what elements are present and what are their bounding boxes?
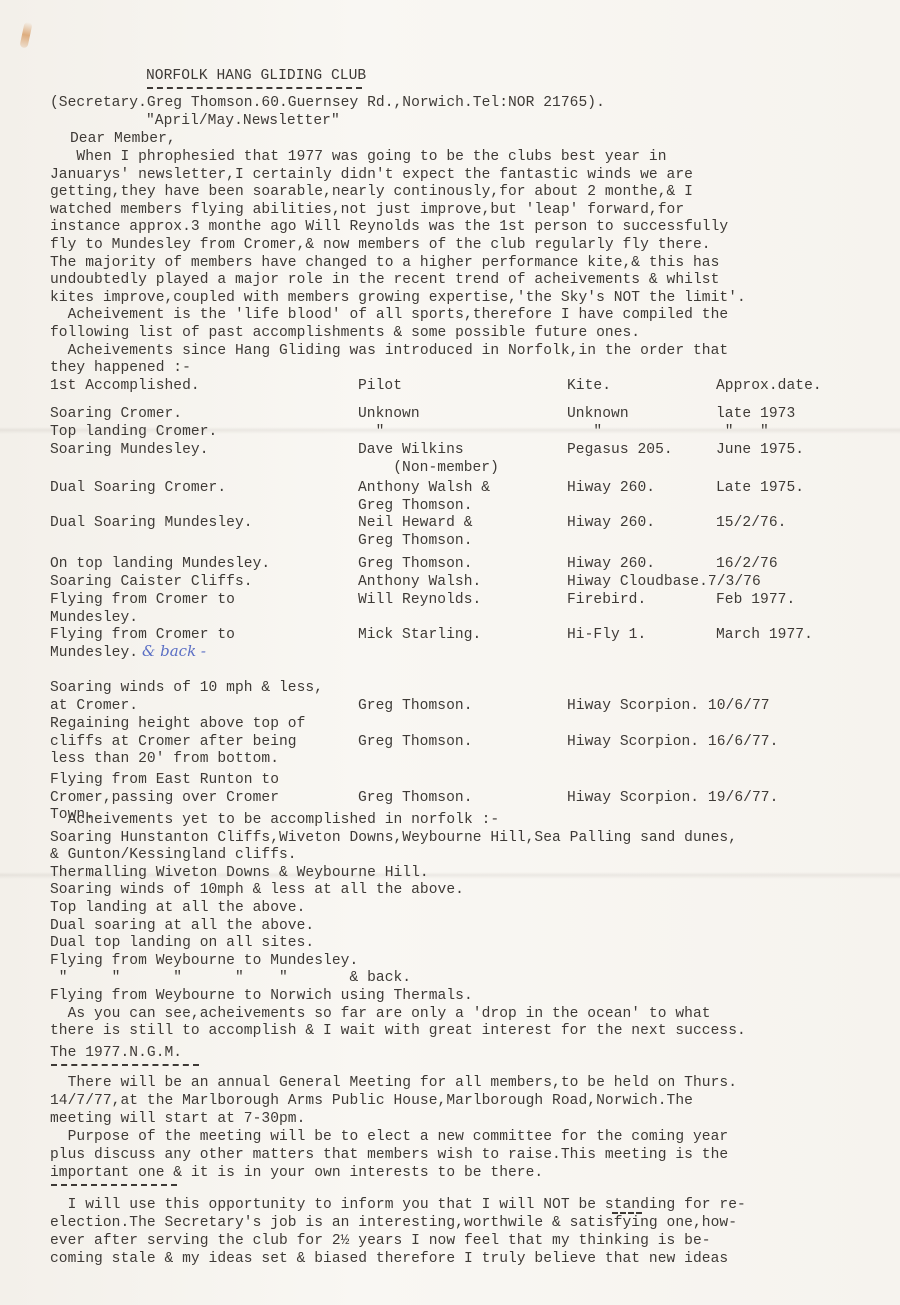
future-line: Top landing at all the above. [50, 900, 305, 917]
future-line: there is still to accomplish & I wait wi… [50, 1023, 746, 1040]
table-cell-kite: Hiway 260. [567, 480, 655, 497]
agm-line: Purpose of the meeting will be to elect … [50, 1129, 728, 1146]
table-cell-accomplishment: less than 20' from bottom. [50, 751, 279, 768]
table-cell-accomplishment: Flying from Cromer to [50, 592, 235, 609]
table-cell-date: late 1973 [716, 406, 795, 423]
table-cell-accomplishment: Mundesley. [50, 610, 138, 627]
table-cell-pilot: Mick Starling. [358, 627, 481, 644]
table-cell-pilot: Dave Wilkins [358, 442, 464, 459]
intro-line: The majority of members have changed to … [50, 255, 719, 272]
intro-line: watched members flying abilities,not jus… [50, 202, 684, 219]
table-cell-accomplishment: Dual Soaring Cromer. [50, 480, 226, 497]
table-cell-accomplishment: Cromer,passing over Cromer [50, 790, 279, 807]
table-cell-kite: Pegasus 205. [567, 442, 673, 459]
table-header-date: Approx.date. [716, 378, 822, 395]
agm-line: There will be an annual General Meeting … [50, 1075, 737, 1092]
table-cell-pilot: Greg Thomson. [358, 698, 473, 715]
table-cell-pilot: " [358, 424, 384, 441]
handwritten-annotation: & back - [142, 642, 206, 660]
future-line: Soaring Hunstanton Cliffs,Wiveton Downs,… [50, 830, 737, 847]
future-line: Soaring winds of 10mph & less at all the… [50, 882, 464, 899]
intro-line: When I phrophesied that 1977 was going t… [50, 149, 667, 166]
table-cell-date: March 1977. [716, 627, 813, 644]
agm-line: important one & it is in your own intere… [50, 1165, 543, 1182]
table-cell-pilot: Greg Thomson. [358, 734, 473, 751]
intro-line: they happened :- [50, 360, 191, 377]
table-cell-accomplishment: cliffs at Cromer after being [50, 734, 297, 751]
table-cell-pilot: Greg Thomson. [358, 498, 473, 515]
table-cell-pilot: Anthony Walsh & [358, 480, 490, 497]
newsletter-title: "April/May.Newsletter" [146, 113, 340, 130]
table-cell-accomplishment: Soaring winds of 10 mph & less, [50, 680, 323, 697]
table-header-accomplished: 1st Accomplished. [50, 378, 200, 395]
table-cell-pilot: Greg Thomson. [358, 790, 473, 807]
agm-line: meeting will start at 7-30pm. [50, 1111, 305, 1128]
table-header-pilot: Pilot [358, 378, 402, 395]
table-cell-kite: Unknown [567, 406, 629, 423]
important-underline [51, 1184, 177, 1186]
closing-line: coming stale & my ideas set & biased the… [50, 1251, 728, 1268]
intro-line: instance approx.3 monthe ago Will Reynol… [50, 219, 728, 236]
table-cell-kite: Hiway Scorpion. 16/6/77. [567, 734, 778, 751]
agm-heading: The 1977.N.G.M. [50, 1045, 182, 1062]
table-cell-kite: Firebird. [567, 592, 646, 609]
table-cell-accomplishment: Flying from East Runton to [50, 772, 279, 789]
intro-line: following list of past accomplishments &… [50, 325, 640, 342]
table-cell-accomplishment: Soaring Mundesley. [50, 442, 209, 459]
table-header-kite: Kite. [567, 378, 611, 395]
table-cell-date: Feb 1977. [716, 592, 795, 609]
table-cell-accomplishment: Soaring Caister Cliffs. [50, 574, 253, 591]
not-underline [612, 1212, 642, 1214]
table-cell-accomplishment: Mundesley. [50, 645, 138, 662]
table-cell-pilot: Anthony Walsh. [358, 574, 481, 591]
table-cell-pilot: Greg Thomson. [358, 533, 473, 550]
table-cell-pilot: (Non-member) [358, 460, 499, 477]
table-cell-accomplishment: Soaring Cromer. [50, 406, 182, 423]
future-line: & Gunton/Kessingland cliffs. [50, 847, 297, 864]
future-line: Dual top landing on all sites. [50, 935, 314, 952]
future-line: Flying from Weybourne to Norwich using T… [50, 988, 473, 1005]
future-line: Dual soaring at all the above. [50, 918, 314, 935]
intro-line: undoubtedly played a major role in the r… [50, 272, 719, 289]
table-cell-pilot: Unknown [358, 406, 420, 423]
intro-line: Acheivements since Hang Gliding was intr… [50, 343, 728, 360]
table-cell-pilot: Greg Thomson. [358, 556, 473, 573]
table-cell-kite: Hiway Scorpion. 10/6/77 [567, 698, 770, 715]
intro-line: Acheivement is the 'life blood' of all s… [50, 307, 728, 324]
closing-line: election.The Secretary's job is an inter… [50, 1215, 737, 1232]
agm-heading-underline [51, 1064, 199, 1066]
table-cell-kite: Hi-Fly 1. [567, 627, 646, 644]
table-cell-date: June 1975. [716, 442, 804, 459]
future-line: Acheivements yet to be accomplished in n… [50, 812, 499, 829]
agm-line: plus discuss any other matters that memb… [50, 1147, 728, 1164]
table-cell-pilot: Neil Heward & [358, 515, 473, 532]
table-cell-accomplishment: Top landing Cromer. [50, 424, 217, 441]
table-cell-accomplishment: On top landing Mundesley. [50, 556, 270, 573]
table-cell-date: 16/2/76 [716, 556, 778, 573]
table-cell-date: Late 1975. [716, 480, 804, 497]
table-cell-pilot: Will Reynolds. [358, 592, 481, 609]
future-line: Flying from Weybourne to Mundesley. [50, 953, 358, 970]
table-cell-accomplishment: Dual Soaring Mundesley. [50, 515, 253, 532]
intro-line: Januarys' newsletter,I certainly didn't … [50, 167, 693, 184]
title-underline [147, 87, 362, 89]
intro-line: kites improve,coupled with members growi… [50, 290, 746, 307]
table-cell-kite: " [567, 424, 602, 441]
table-cell-kite: Hiway Cloudbase.7/3/76 [567, 574, 761, 591]
table-cell-kite: Hiway 260. [567, 556, 655, 573]
future-line: Thermalling Wiveton Downs & Weybourne Hi… [50, 865, 429, 882]
intro-line: getting,they have been soarable,nearly c… [50, 184, 693, 201]
salutation: Dear Member, [70, 131, 176, 148]
table-cell-date: 15/2/76. [716, 515, 786, 532]
table-cell-date: " " [716, 424, 769, 441]
table-cell-kite: Hiway 260. [567, 515, 655, 532]
secretary-line: (Secretary.Greg Thomson.60.Guernsey Rd.,… [50, 95, 605, 112]
agm-line: 14/7/77,at the Marlborough Arms Public H… [50, 1093, 693, 1110]
club-title: NORFOLK HANG GLIDING CLUB [146, 68, 366, 85]
table-cell-kite: Hiway Scorpion. 19/6/77. [567, 790, 778, 807]
intro-line: fly to Mundesley from Cromer,& now membe… [50, 237, 711, 254]
table-cell-accomplishment: Regaining height above top of [50, 716, 305, 733]
future-line: " " " " " & back. [50, 970, 411, 987]
future-line: As you can see,acheivements so far are o… [50, 1006, 711, 1023]
table-cell-accomplishment: at Cromer. [50, 698, 138, 715]
closing-line: ever after serving the club for 2½ years… [50, 1233, 711, 1250]
